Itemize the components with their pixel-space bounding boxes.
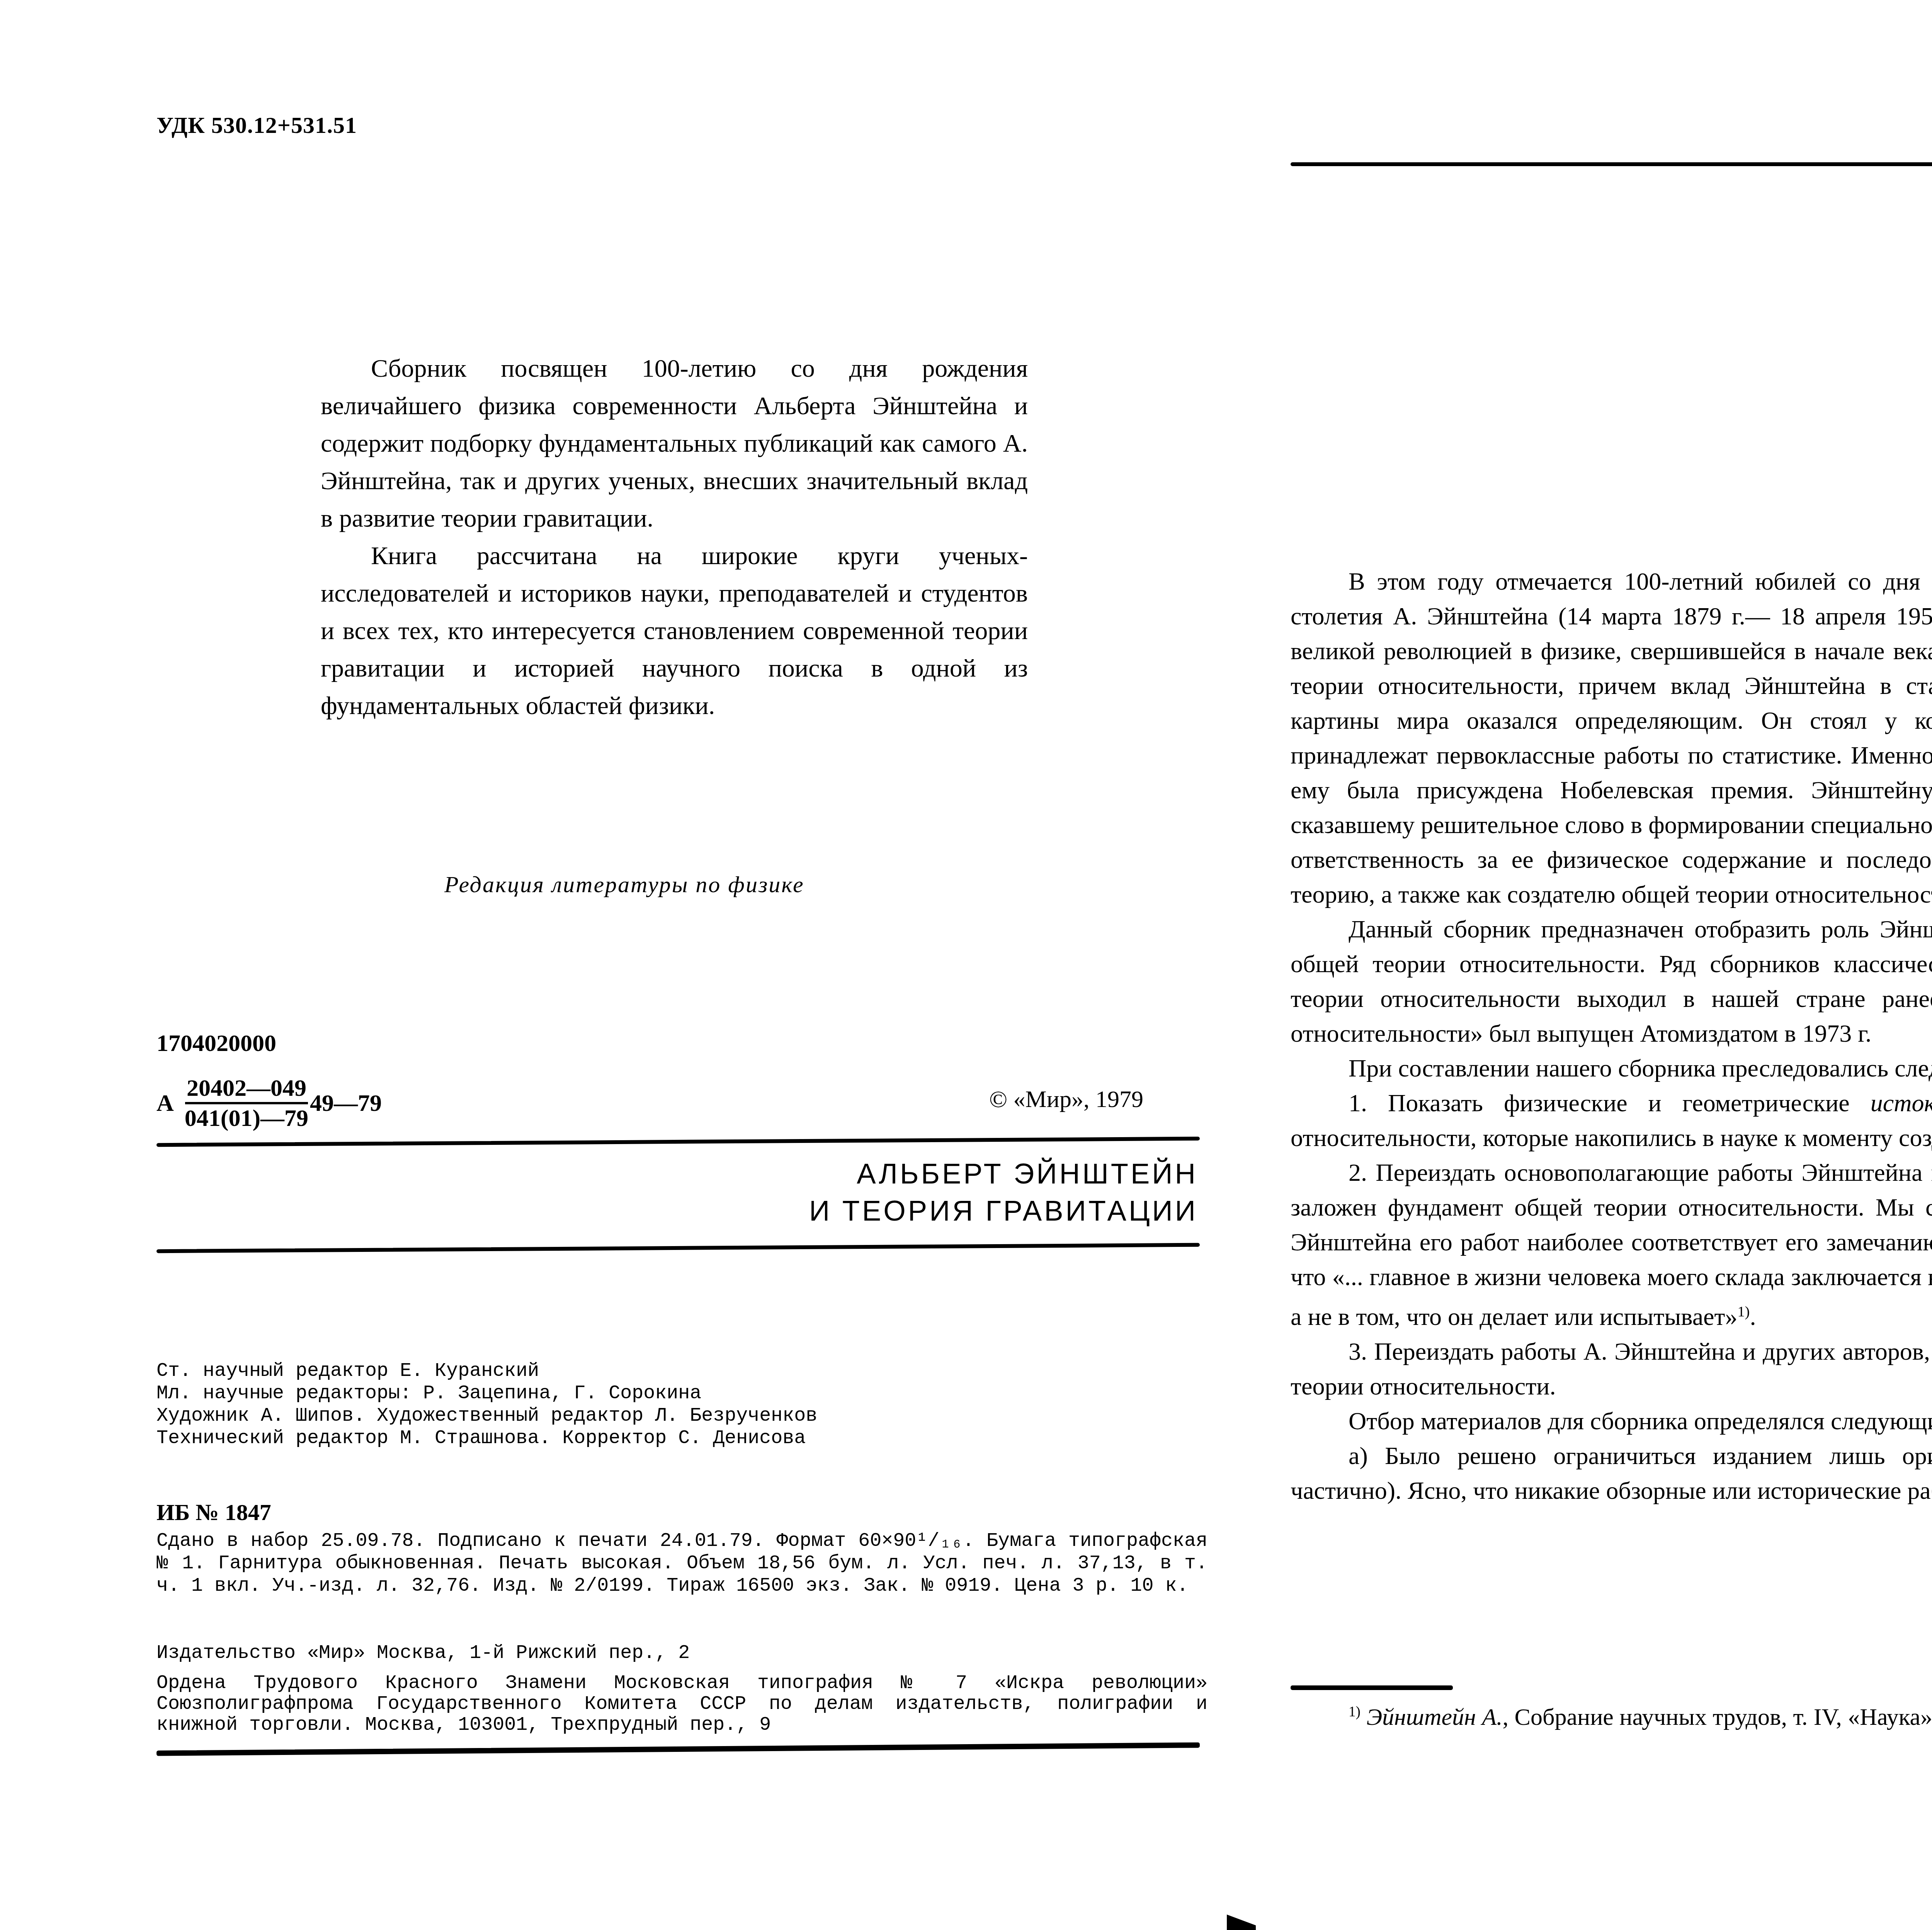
ib-number: ИБ № 1847: [156, 1499, 271, 1526]
goal-2-text: 2. Переиздать основополагающие работы Эй…: [1291, 1159, 1932, 1291]
catalog-code-prefix: А: [156, 1090, 174, 1117]
print-colophon: Сдано в набор 25.09.78. Подписано к печа…: [156, 1530, 1207, 1597]
book-title-line: АЛЬБЕРТ ЭЙНШТЕЙН: [580, 1155, 1198, 1192]
credit-line: Ст. научный редактор Е. Куранский: [156, 1360, 817, 1382]
goal-1-text: 1. Показать физические и геометрические: [1349, 1089, 1871, 1117]
footnote-text: , Собрание научных трудов, т. IV, «Наука…: [1503, 1704, 1932, 1730]
preface-paragraph: Данный сборник предназначен отобразить р…: [1291, 912, 1932, 1051]
staff-credits: Ст. научный редактор Е. Куранский Мл. на…: [156, 1360, 817, 1450]
title-rule-bottom: [156, 1243, 1200, 1253]
credit-line: Мл. научные редакторы: Р. Зацепина, Г. С…: [156, 1382, 817, 1405]
footnote-author: Эйнштейн А.: [1366, 1704, 1502, 1730]
copyright-notice: © «Мир», 1979: [989, 1086, 1143, 1113]
goal-item-3: 3. Переиздать работы А. Эйнштейна и друг…: [1291, 1334, 1932, 1404]
abstract-paragraph: Сборник посвящен 100-летию со дня рожден…: [321, 350, 1028, 537]
footnote-1: 1) Эйнштейн А., Собрание научных трудов,…: [1291, 1698, 1932, 1731]
colophon-rule: [156, 1742, 1200, 1756]
goal-2-period: .: [1750, 1303, 1756, 1330]
catalog-number: 1704020000: [156, 1030, 276, 1057]
catalog-code: А 20402—049 041(01)—79 49—79: [156, 1074, 382, 1132]
footnote-marker: 1): [1349, 1704, 1361, 1720]
selection-item-a: а) Было решено ограничиться изданием лиш…: [1291, 1439, 1932, 1508]
book-title: АЛЬБЕРТ ЭЙНШТЕЙН И ТЕОРИЯ ГРАВИТАЦИИ: [580, 1155, 1198, 1229]
catalog-code-denominator: 041(01)—79: [185, 1104, 308, 1132]
editorial-office: Редакция литературы по физике: [444, 871, 804, 898]
publisher-address: Издательство «Мир» Москва, 1-й Рижский п…: [156, 1642, 690, 1664]
goal-item-2: 2. Переиздать основополагающие работы Эй…: [1291, 1155, 1932, 1334]
catalog-code-numerator: 20402—049: [185, 1074, 308, 1104]
goal-item-1: 1. Показать физические и геометрические …: [1291, 1086, 1932, 1155]
book-abstract: Сборник посвящен 100-летию со дня рожден…: [321, 350, 1028, 724]
preface-paragraph: В этом году отмечается 100-летний юбилей…: [1291, 564, 1932, 912]
title-rule-top: [156, 1137, 1200, 1147]
udc-code: УДК 530.12+531.51: [156, 112, 357, 139]
credit-line: Технический редактор М. Страшнова. Корре…: [156, 1427, 817, 1450]
footnotes: 1) Эйнштейн А., Собрание научных трудов,…: [1291, 1698, 1932, 1731]
preface-body: В этом году отмечается 100-летний юбилей…: [1291, 564, 1932, 1508]
catalog-code-suffix: 49—79: [310, 1090, 382, 1117]
heading-rule: [1291, 162, 1932, 166]
footnote-rule: [1291, 1685, 1453, 1690]
credit-line: Художник А. Шипов. Художественный редакт…: [156, 1405, 817, 1427]
footnote-reference[interactable]: 1): [1737, 1304, 1750, 1320]
scan-edge-artifact: [1227, 1915, 1256, 1930]
catalog-code-fraction: 20402—049 041(01)—79: [185, 1074, 308, 1132]
selection-intro: Отбор материалов для сборника определялс…: [1291, 1404, 1932, 1439]
abstract-paragraph: Книга рассчитана на широкие круги ученых…: [321, 537, 1028, 724]
goal-1-emphasis: истоки: [1871, 1089, 1932, 1117]
book-title-line: И ТЕОРИЯ ГРАВИТАЦИИ: [580, 1192, 1198, 1229]
printer-info: Ордена Трудового Красного Знамени Москов…: [156, 1673, 1207, 1736]
preface-paragraph: При составлении нашего сборника преследо…: [1291, 1051, 1932, 1086]
